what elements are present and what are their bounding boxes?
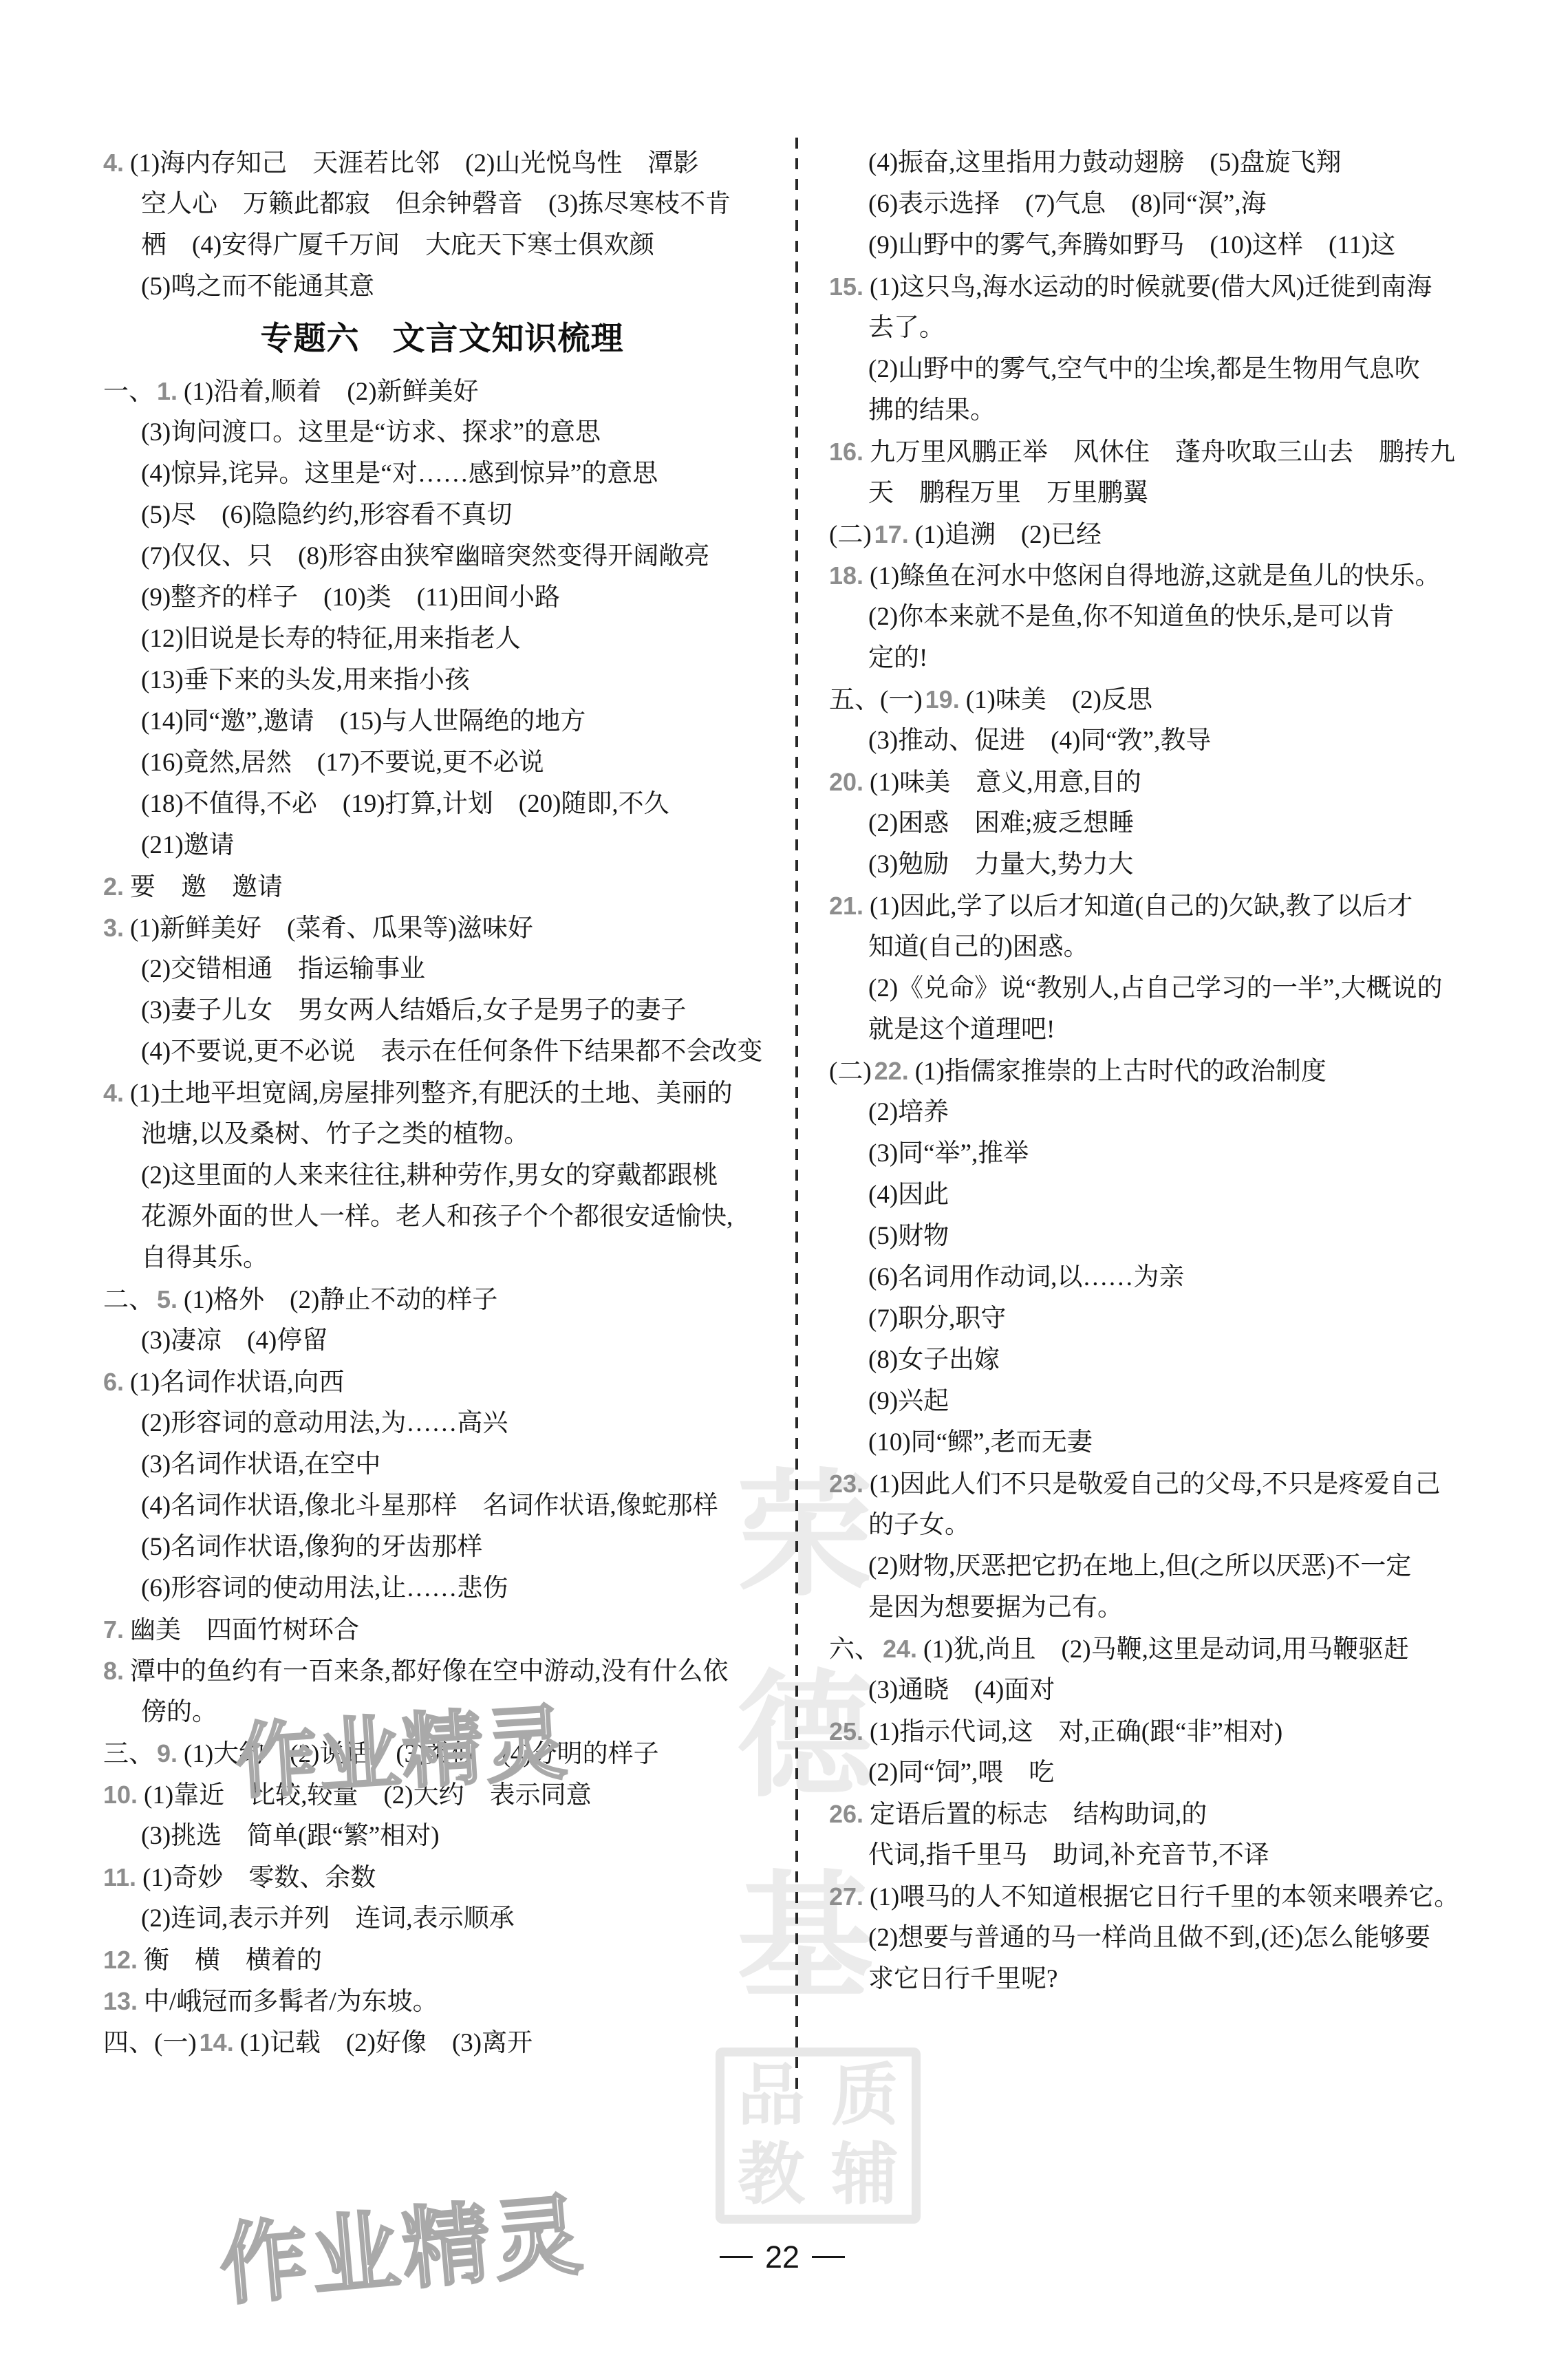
- answer-text: (1)指示代词,这 对,正确(跟“非”相对): [870, 1718, 1282, 1746]
- answer-text: 代词,指千里马 助词,补充音节,不译: [868, 1841, 1269, 1869]
- answer-line: 就是这个道理吧!: [829, 1009, 1521, 1051]
- item-number: 23.: [829, 1470, 863, 1498]
- answer-line: 15.(1)这只鸟,海水运动的时候就要(借大风)迁徙到南海: [829, 266, 1521, 308]
- answer-key-page: 荣德基 品质教辅 4.(1)海内存知己 天涯若比邻 (2)山光悦鸟性 潭影空人心…: [0, 0, 1568, 2364]
- answer-text: (7)仅仅、只 (8)形容由狭窄幽暗突然变得开阔敞亮: [141, 542, 709, 570]
- answer-line: (21)邀请: [103, 825, 781, 866]
- answer-text: (1)这只鸟,海水运动的时候就要(借大风)迁徙到南海: [870, 273, 1432, 301]
- answer-line: 六、24.(1)犹,尚且 (2)马鞭,这里是动词,用马鞭驱赶: [829, 1629, 1521, 1670]
- answer-line: (4)因此: [829, 1174, 1521, 1216]
- seal-character: 辅: [818, 2136, 912, 2215]
- answer-line: 12.衡 横 横着的: [103, 1939, 781, 1981]
- answer-line: (2)这里面的人来来往往,耕种劳作,男女的穿戴都跟桃: [103, 1155, 781, 1196]
- answer-text: (1)新鲜美好 (菜肴、瓜果等)滋味好: [130, 914, 533, 943]
- answer-text: (2)同“饲”,喂 吃: [868, 1759, 1054, 1787]
- answer-line: (2)《兑命》说“教别人,占自己学习的一半”,大概说的: [829, 968, 1521, 1009]
- answer-text: 就是这个道理吧!: [868, 1016, 1055, 1044]
- item-number: 10.: [103, 1781, 138, 1809]
- answer-line: (二)17.(1)追溯 (2)已经: [829, 514, 1521, 555]
- answer-text: (5)尽 (6)隐隐约约,形容看不真切: [141, 501, 513, 529]
- answer-line: 11.(1)奇妙 零数、余数: [103, 1857, 781, 1898]
- answer-line: (6)形容词的使动用法,让……悲伤: [103, 1568, 781, 1609]
- answer-text: (1)土地平坦宽阔,房屋排列整齐,有肥沃的土地、美丽的: [130, 1079, 733, 1108]
- answer-text: (8)女子出嫁: [868, 1346, 1000, 1374]
- answer-line: 20.(1)味美 意义,用意,目的: [829, 762, 1521, 803]
- page-number-dash-right: [812, 2256, 845, 2258]
- answer-text: (3)询问渡口。这里是“访求、探求”的意思: [141, 418, 601, 447]
- answer-text: (5)鸣之而不能通其意: [141, 272, 374, 301]
- answer-text: 潭中的鱼约有一百来条,都好像在空中游动,没有什么依: [130, 1657, 729, 1686]
- answer-line: 8.潭中的鱼约有一百来条,都好像在空中游动,没有什么依: [103, 1651, 781, 1692]
- answer-text: 是因为想要据为己有。: [868, 1593, 1123, 1622]
- answer-text: (3)名词作状语,在空中: [141, 1450, 380, 1479]
- section-marker: 三、: [103, 1740, 154, 1768]
- answer-text: (2)《兑命》说“教别人,占自己学习的一半”,大概说的: [868, 974, 1443, 1002]
- seal-character: 教: [724, 2136, 818, 2215]
- answer-line: (4)名词作状语,像北斗星那样 名词作状语,像蛇那样: [103, 1485, 781, 1527]
- answer-line: 2.要 邀 邀请: [103, 866, 781, 907]
- answer-text: (21)邀请: [141, 831, 235, 859]
- answer-line: 18.(1)鲦鱼在河水中悠闲自得地游,这就是鱼儿的快乐。: [829, 555, 1521, 597]
- answer-text: (18)不值得,不必 (19)打算,计划 (20)随即,不久: [141, 790, 669, 818]
- answer-line: (2)山野中的雾气,空气中的尘埃,都是生物用气息吹: [829, 349, 1521, 390]
- answer-line: (5)尽 (6)隐隐约约,形容看不真切: [103, 495, 781, 536]
- answer-line: 拂的结果。: [829, 390, 1521, 431]
- answer-line: 的子女。: [829, 1505, 1521, 1546]
- right-column-lines: (4)振奋,这里指用力鼓动翅膀 (5)盘旋飞翔(6)表示选择 (7)气息 (8)…: [829, 142, 1521, 2000]
- answer-line: 一、1.(1)沿着,顺着 (2)新鲜美好: [103, 371, 781, 412]
- answer-line: 7.幽美 四面竹树环合: [103, 1609, 781, 1651]
- answer-line: 13.中/峨冠而多髯者/为东坡。: [103, 1981, 781, 2022]
- item-number: 17.: [874, 520, 909, 548]
- answer-line: (2)你本来就不是鱼,你不知道鱼的快乐,是可以肯: [829, 597, 1521, 638]
- answer-text: (1)因此人们不只是敬爱自己的父母,不只是疼爱自己: [870, 1470, 1440, 1498]
- answer-line: (13)垂下来的头发,用来指小孩: [103, 660, 781, 701]
- answer-text: (2)财物,厌恶把它扔在地上,但(之所以厌恶)不一定: [868, 1552, 1411, 1580]
- answer-line: (2)同“饲”,喂 吃: [829, 1752, 1521, 1794]
- answer-text: (3)勉励 力量大,势力大: [868, 850, 1133, 879]
- answer-text: (3)通晓 (4)面对: [868, 1676, 1055, 1704]
- answer-text: (1)喂马的人不知道根据它日行千里的本领来喂养它。: [870, 1883, 1459, 1911]
- answer-text: (9)整齐的样子 (10)类 (11)田间小路: [141, 583, 560, 612]
- item-number: 16.: [829, 438, 863, 466]
- answer-line: (5)名词作状语,像狗的牙齿那样: [103, 1527, 781, 1568]
- answer-text: (14)同“邀”,邀请 (15)与人世隔绝的地方: [141, 707, 586, 735]
- answer-line: 空人心 万籁此都寂 但余钟磬音 (3)拣尽寒枝不肯: [103, 184, 781, 225]
- answer-line: (3)名词作状语,在空中: [103, 1444, 781, 1485]
- answer-line: (3)勉励 力量大,势力大: [829, 844, 1521, 885]
- answer-text: (2)困惑 困难;疲乏想睡: [868, 809, 1134, 837]
- section-marker: (二): [829, 521, 872, 549]
- answer-text: (10)同“鳏”,老而无妻: [868, 1428, 1093, 1457]
- answer-line: (2)培养: [829, 1092, 1521, 1133]
- answer-line: (2)财物,厌恶把它扔在地上,但(之所以厌恶)不一定: [829, 1546, 1521, 1587]
- answer-line: 去了。: [829, 308, 1521, 349]
- answer-text: (1)指儒家推崇的上古时代的政治制度: [915, 1057, 1327, 1086]
- section-marker: 五、(一): [829, 686, 923, 714]
- item-number: 12.: [103, 1946, 138, 1974]
- answer-text: (9)山野中的雾气,奔腾如野马 (10)这样 (11)这: [868, 231, 1395, 259]
- answer-line: (7)仅仅、只 (8)形容由狭窄幽暗突然变得开阔敞亮: [103, 536, 781, 577]
- answer-text: (2)交错相通 指运输事业: [141, 955, 425, 983]
- answer-text: 池塘,以及桑树、竹子之类的植物。: [141, 1120, 529, 1148]
- item-number: 20.: [829, 768, 863, 796]
- watermark-quality-seal: 品质教辅: [716, 2048, 921, 2224]
- answer-line: 10.(1)靠近 比较,较量 (2)大约 表示同意: [103, 1774, 781, 1816]
- answer-text: (1)奇妙 零数、余数: [142, 1864, 376, 1892]
- answer-text: (1)味美 意义,用意,目的: [870, 769, 1141, 797]
- answer-line: (3)凄凉 (4)停留: [103, 1320, 781, 1362]
- answer-text: 定语后置的标志 结构助词,的: [870, 1801, 1207, 1829]
- answer-text: (1)鲦鱼在河水中悠闲自得地游,这就是鱼儿的快乐。: [870, 562, 1440, 590]
- answer-text: (6)形容词的使动用法,让……悲伤: [141, 1574, 508, 1602]
- column-divider: [795, 138, 798, 2094]
- item-number: 26.: [829, 1800, 863, 1828]
- answer-line: (4)振奋,这里指用力鼓动翅膀 (5)盘旋飞翔: [829, 142, 1521, 184]
- section-marker: 一、: [103, 378, 154, 406]
- answer-line: (5)财物: [829, 1216, 1521, 1257]
- answer-text: 花源外面的世人一样。老人和孩子个个都很安适愉快,: [141, 1203, 733, 1231]
- answer-line: (4)不要说,更不必说 表示在任何条件下结果都不会改变: [103, 1031, 781, 1073]
- answer-line: 21.(1)因此,学了以后才知道(自己的)欠缺,教了以后才: [829, 885, 1521, 927]
- answer-text: 九万里风鹏正举 风休住 蓬舟吹取三山去 鹏抟九: [870, 438, 1455, 466]
- answer-text: 衡 横 横着的: [144, 1946, 322, 1975]
- answer-line: 栖 (4)安得广厦千万间 大庇天下寒士俱欢颜: [103, 225, 781, 266]
- answer-line: 定的!: [829, 638, 1521, 679]
- answer-text: (2)你本来就不是鱼,你不知道鱼的快乐,是可以肯: [868, 603, 1395, 631]
- item-number: 9.: [157, 1739, 178, 1767]
- answer-line: 是因为想要据为己有。: [829, 1587, 1521, 1629]
- answer-line: (二)22.(1)指儒家推崇的上古时代的政治制度: [829, 1051, 1521, 1092]
- answer-text: (1)格外 (2)静止不动的样子: [184, 1286, 497, 1314]
- answer-line: (3)同“举”,推举: [829, 1133, 1521, 1174]
- answer-text: 定的!: [868, 644, 927, 672]
- answer-line: (6)名词用作动词,以……为亲: [829, 1257, 1521, 1298]
- answer-text: (1)海内存知己 天涯若比邻 (2)山光悦鸟性 潭影: [130, 149, 698, 178]
- answer-line: (12)旧说是长寿的特征,用来指老人: [103, 619, 781, 660]
- answer-text: 知道(自己的)困惑。: [868, 933, 1089, 961]
- answer-line: (3)推动、促进 (4)同“敩”,教导: [829, 720, 1521, 762]
- item-number: 5.: [157, 1285, 178, 1313]
- answer-text: 求它日行千里呢?: [868, 1965, 1057, 1993]
- answer-line: (9)兴起: [829, 1381, 1521, 1422]
- answer-line: (16)竟然,居然 (17)不要说,更不必说: [103, 742, 781, 784]
- left-column: 4.(1)海内存知己 天涯若比邻 (2)山光悦鸟性 潭影空人心 万籁此都寂 但余…: [103, 142, 781, 2063]
- answer-line: 16.九万里风鹏正举 风休住 蓬舟吹取三山去 鹏抟九: [829, 431, 1521, 473]
- right-column: (4)振奋,这里指用力鼓动翅膀 (5)盘旋飞翔(6)表示选择 (7)气息 (8)…: [829, 142, 1521, 2000]
- answer-text: (1)沿着,顺着 (2)新鲜美好: [184, 378, 479, 406]
- answer-text: 中/峨冠而多髯者/为东坡。: [144, 1988, 438, 2016]
- answer-text: (4)惊异,诧异。这里是“对……感到惊异”的意思: [141, 460, 658, 488]
- answer-line: (14)同“邀”,邀请 (15)与人世隔绝的地方: [103, 701, 781, 742]
- answer-line: (8)女子出嫁: [829, 1340, 1521, 1381]
- item-number: 7.: [103, 1615, 124, 1644]
- answer-text: (3)凄凉 (4)停留: [141, 1326, 327, 1355]
- answer-text: (2)形容词的意动用法,为……高兴: [141, 1409, 508, 1437]
- answer-line: 四、(一)14.(1)记载 (2)好像 (3)离开: [103, 2022, 781, 2063]
- item-number: 8.: [103, 1657, 124, 1685]
- answer-line: 代词,指千里马 助词,补充音节,不译: [829, 1835, 1521, 1876]
- item-number: 4.: [103, 149, 124, 177]
- answer-line: (18)不值得,不必 (19)打算,计划 (20)随即,不久: [103, 784, 781, 825]
- answer-text: (12)旧说是长寿的特征,用来指老人: [141, 625, 521, 653]
- answer-text: (2)这里面的人来来往往,耕种劳作,男女的穿戴都跟桃: [141, 1161, 718, 1190]
- answer-text: (3)妻子儿女 男女两人结婚后,女子是男子的妻子: [141, 996, 686, 1024]
- item-number: 22.: [874, 1057, 909, 1085]
- section-marker: 二、: [103, 1286, 154, 1314]
- answer-line: 23.(1)因此人们不只是敬爱自己的父母,不只是疼爱自己: [829, 1463, 1521, 1505]
- answer-line: (5)鸣之而不能通其意: [103, 266, 781, 308]
- answer-text: (2)山野中的雾气,空气中的尘埃,都是生物用气息吹: [868, 355, 1420, 383]
- answer-line: (3)挑选 简单(跟“繁”相对): [103, 1816, 781, 1857]
- item-number: 2.: [103, 872, 124, 901]
- item-number: 27.: [829, 1882, 863, 1911]
- item-number: 1.: [157, 377, 178, 405]
- answer-line: 6.(1)名词作状语,向西: [103, 1362, 781, 1403]
- answer-line: (9)整齐的样子 (10)类 (11)田间小路: [103, 577, 781, 619]
- answer-line: (10)同“鳏”,老而无妻: [829, 1422, 1521, 1463]
- answer-line: 求它日行千里呢?: [829, 1959, 1521, 2000]
- answer-line: (2)交错相通 指运输事业: [103, 949, 781, 990]
- answer-text: 自得其乐。: [141, 1244, 268, 1272]
- answer-line: 3.(1)新鲜美好 (菜肴、瓜果等)滋味好: [103, 907, 781, 949]
- answer-line: 25.(1)指示代词,这 对,正确(跟“非”相对): [829, 1711, 1521, 1752]
- item-number: 3.: [103, 914, 124, 942]
- answer-text: 天 鹏程万里 万里鹏翼: [868, 479, 1148, 507]
- answer-line: 二、5.(1)格外 (2)静止不动的样子: [103, 1279, 781, 1320]
- answer-line: (2)形容词的意动用法,为……高兴: [103, 1403, 781, 1444]
- answer-text: (1)追溯 (2)已经: [915, 521, 1102, 549]
- answer-line: 4.(1)土地平坦宽阔,房屋排列整齐,有肥沃的土地、美丽的: [103, 1073, 781, 1114]
- answer-text: (1)记载 (2)好像 (3)离开: [240, 2029, 533, 2057]
- answer-line: 傍的。: [103, 1692, 781, 1733]
- answer-text: (6)表示选择 (7)气息 (8)同“溟”,海: [868, 190, 1267, 218]
- answer-line: 知道(自己的)困惑。: [829, 927, 1521, 968]
- answer-line: (6)表示选择 (7)气息 (8)同“溟”,海: [829, 184, 1521, 225]
- answer-text: 去了。: [868, 314, 945, 342]
- answer-line: 26.定语后置的标志 结构助词,的: [829, 1794, 1521, 1835]
- answer-line: (2)连词,表示并列 连词,表示顺承: [103, 1898, 781, 1939]
- item-number: 6.: [103, 1368, 124, 1396]
- answer-text: (1)味美 (2)反思: [966, 686, 1152, 714]
- answer-line: 池塘,以及桑树、竹子之类的植物。: [103, 1114, 781, 1155]
- answer-line: 天 鹏程万里 万里鹏翼: [829, 473, 1521, 514]
- answer-text: (9)兴起: [868, 1387, 949, 1415]
- answer-text: 幽美 四面竹树环合: [130, 1616, 359, 1644]
- section-marker: 四、(一): [103, 2029, 197, 2057]
- answer-text: (4)因此: [868, 1181, 949, 1209]
- answer-line: (9)山野中的雾气,奔腾如野马 (10)这样 (11)这: [829, 225, 1521, 266]
- answer-line: 4.(1)海内存知己 天涯若比邻 (2)山光悦鸟性 潭影: [103, 142, 781, 184]
- answer-text: 空人心 万籁此都寂 但余钟磬音 (3)拣尽寒枝不肯: [141, 190, 731, 218]
- left-column-lines-before-title: 4.(1)海内存知己 天涯若比邻 (2)山光悦鸟性 潭影空人心 万籁此都寂 但余…: [103, 142, 781, 308]
- seal-character: 质: [818, 2056, 912, 2136]
- answer-line: (3)通晓 (4)面对: [829, 1670, 1521, 1711]
- item-number: 24.: [883, 1635, 917, 1663]
- answer-text: (1)因此,学了以后才知道(自己的)欠缺,教了以后才: [870, 892, 1413, 921]
- answer-text: (3)挑选 简单(跟“繁”相对): [141, 1822, 440, 1850]
- answer-text: 的子女。: [868, 1511, 970, 1539]
- answer-text: (1)犹,尚且 (2)马鞭,这里是动词,用马鞭驱赶: [923, 1635, 1409, 1664]
- watermark-worksheet-bottom: 作业精灵: [214, 2164, 590, 2322]
- answer-text: (1)靠近 比较,较量 (2)大约 表示同意: [144, 1781, 592, 1809]
- answer-line: 自得其乐。: [103, 1238, 781, 1279]
- answer-text: (3)同“举”,推举: [868, 1139, 1029, 1168]
- left-column-lines: 一、1.(1)沿着,顺着 (2)新鲜美好(3)询问渡口。这里是“访求、探求”的意…: [103, 371, 781, 2063]
- item-number: 21.: [829, 892, 863, 920]
- answer-line: 三、9.(1)大约 (2)说话 (3)类似 (4)分明的样子: [103, 1733, 781, 1774]
- answer-text: (13)垂下来的头发,用来指小孩: [141, 666, 470, 694]
- answer-text: (1)名词作状语,向西: [130, 1368, 344, 1397]
- answer-text: (6)名词用作动词,以……为亲: [868, 1263, 1184, 1291]
- answer-text: (2)培养: [868, 1098, 949, 1126]
- page-number-value: 22: [765, 2242, 799, 2272]
- answer-text: 要 邀 邀请: [130, 873, 283, 901]
- page-number: 22: [696, 2237, 868, 2276]
- answer-text: (3)推动、促进 (4)同“敩”,教导: [868, 727, 1211, 755]
- answer-line: (7)职分,职守: [829, 1298, 1521, 1340]
- item-number: 25.: [829, 1717, 863, 1745]
- answer-text: 傍的。: [141, 1698, 217, 1726]
- answer-text: 栖 (4)安得广厦千万间 大庇天下寒士俱欢颜: [141, 231, 654, 259]
- answer-text: (5)名词作状语,像狗的牙齿那样: [141, 1533, 482, 1561]
- answer-text: (4)振奋,这里指用力鼓动翅膀 (5)盘旋飞翔: [868, 149, 1342, 177]
- answer-line: (2)困惑 困难;疲乏想睡: [829, 803, 1521, 844]
- answer-text: (2)想要与普通的马一样尚且做不到,(还)怎么能够要: [868, 1924, 1430, 1952]
- page-number-dash-left: [720, 2256, 753, 2258]
- answer-line: 27.(1)喂马的人不知道根据它日行千里的本领来喂养它。: [829, 1876, 1521, 1917]
- answer-line: (3)妻子儿女 男女两人结婚后,女子是男子的妻子: [103, 990, 781, 1031]
- answer-text: (7)职分,职守: [868, 1304, 1006, 1333]
- item-number: 4.: [103, 1079, 124, 1107]
- answer-text: (2)连词,表示并列 连词,表示顺承: [141, 1904, 515, 1933]
- item-number: 19.: [925, 685, 960, 713]
- answer-text: (4)不要说,更不必说 表示在任何条件下结果都不会改变: [141, 1038, 762, 1066]
- item-number: 18.: [829, 561, 863, 590]
- item-number: 11.: [103, 1863, 136, 1891]
- answer-text: (5)财物: [868, 1222, 949, 1250]
- answer-line: (3)询问渡口。这里是“访求、探求”的意思: [103, 412, 781, 453]
- section-marker: 六、: [829, 1635, 880, 1664]
- answer-line: (2)想要与普通的马一样尚且做不到,(还)怎么能够要: [829, 1917, 1521, 1959]
- item-number: 14.: [200, 2028, 234, 2056]
- answer-line: 五、(一)19.(1)味美 (2)反思: [829, 679, 1521, 720]
- answer-text: (16)竟然,居然 (17)不要说,更不必说: [141, 749, 544, 777]
- section-title: 专题六 文言文知识梳理: [103, 308, 781, 371]
- seal-character: 品: [724, 2056, 818, 2136]
- answer-line: (4)惊异,诧异。这里是“对……感到惊异”的意思: [103, 453, 781, 495]
- answer-text: 拂的结果。: [868, 396, 996, 425]
- section-marker: (二): [829, 1057, 872, 1086]
- answer-text: (4)名词作状语,像北斗星那样 名词作状语,像蛇那样: [141, 1492, 718, 1520]
- answer-text: (1)大约 (2)说话 (3)类似 (4)分明的样子: [184, 1740, 659, 1768]
- item-number: 15.: [829, 272, 863, 301]
- item-number: 13.: [103, 1987, 138, 2015]
- answer-line: 花源外面的世人一样。老人和孩子个个都很安适愉快,: [103, 1196, 781, 1238]
